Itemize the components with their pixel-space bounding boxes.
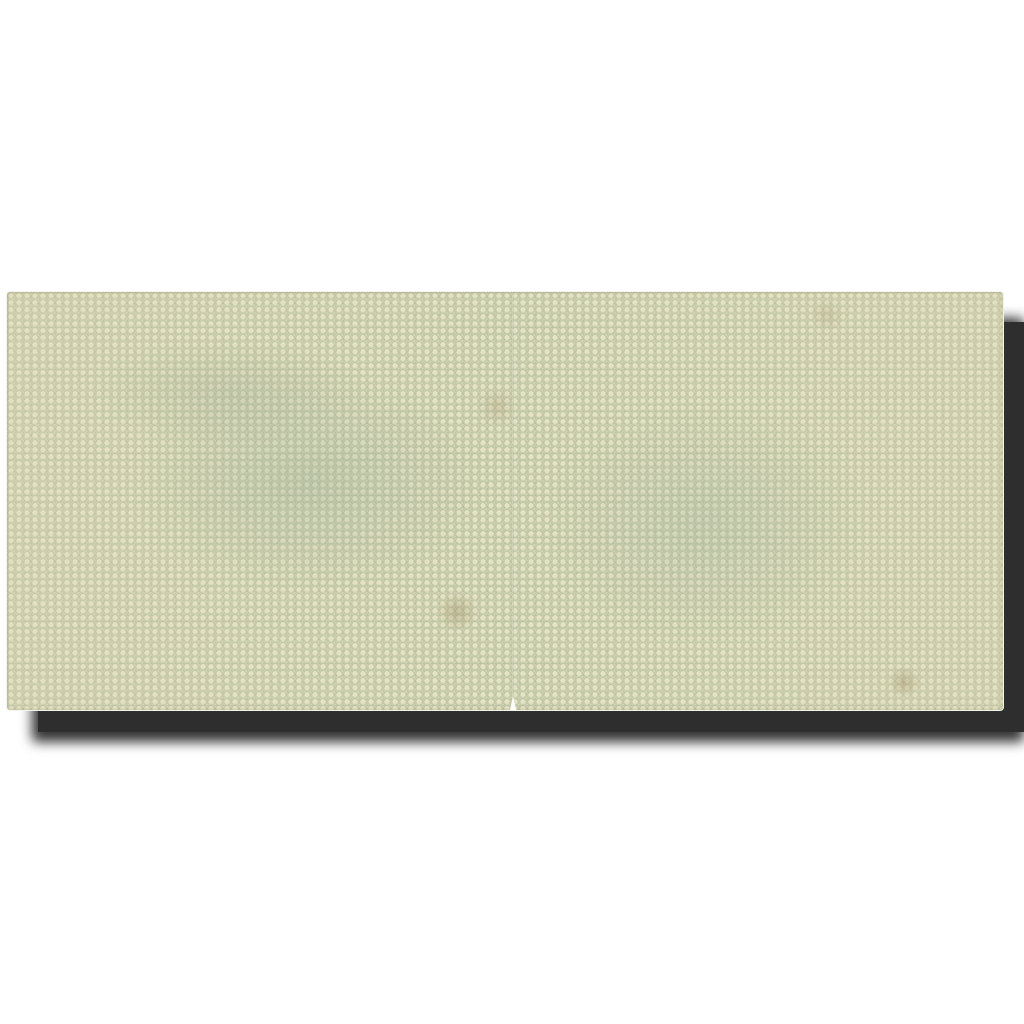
paper-edge xyxy=(7,292,1003,710)
banknote xyxy=(7,292,1003,710)
bottom-tear xyxy=(510,696,516,710)
image-stage xyxy=(0,0,1024,1024)
